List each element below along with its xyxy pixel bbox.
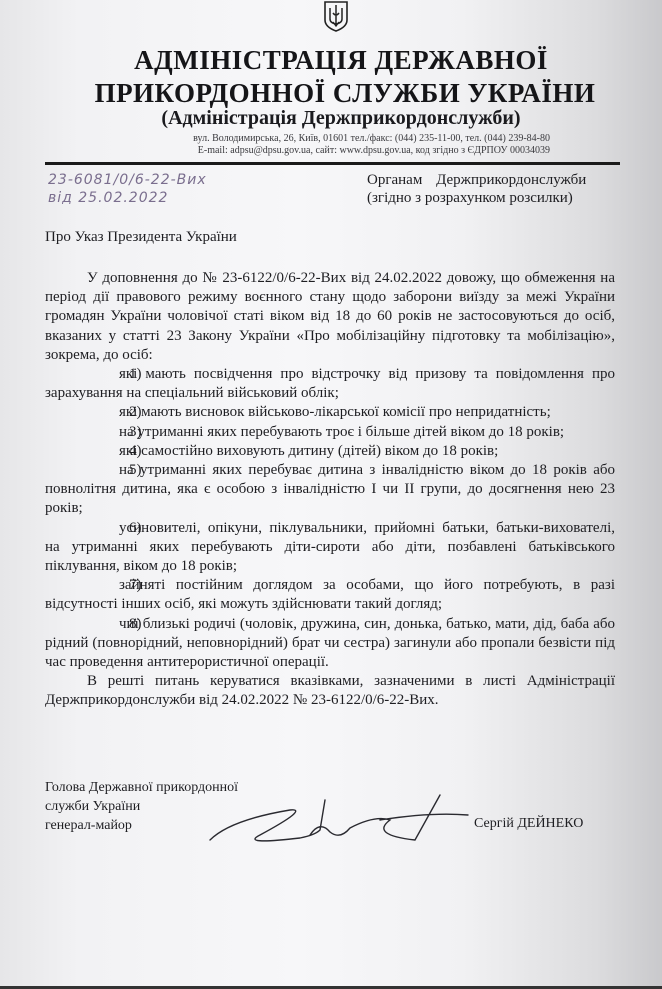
org-title-line2: ПРИКОРДОННОЇ СЛУЖБИ УКРАЇНИ — [14, 78, 662, 108]
item-text: які мають висновок військово-лікарської … — [119, 404, 551, 420]
addressee-line1: Органам Держприкордонслужби — [367, 172, 586, 189]
item-number: 7) — [87, 576, 119, 595]
document-page: АДМІНІСТРАЦІЯ ДЕРЖАВНОЇ ПРИКОРДОННОЇ СЛУ… — [0, 0, 662, 989]
list-item-8: 8)чиї близькі родичі (чоловік, дружина, … — [45, 615, 615, 673]
contact-email: E-mail: adpsu@dpsu.gov.ua, сайт: www.dps… — [170, 145, 550, 157]
list-item-1: 1)які мають посвідчення про відстрочку в… — [45, 365, 615, 403]
item-text: які самостійно виховують дитину (дітей) … — [119, 443, 498, 459]
item-number: 4) — [87, 442, 119, 461]
item-number: 2) — [87, 403, 119, 422]
header-divider — [45, 162, 620, 165]
item-text: на утриманні яких перебувають троє і біл… — [119, 424, 564, 440]
handwritten-signature-icon — [200, 790, 470, 850]
item-number: 3) — [87, 423, 119, 442]
item-number: 5) — [87, 461, 119, 480]
list-item-4: 4)які самостійно виховують дитину (дітей… — [45, 442, 615, 461]
item-number: 1) — [87, 365, 119, 384]
item-text: які мають посвідчення про відстрочку від… — [45, 366, 615, 401]
addressee-line2: (згідно з розрахунком розсилки) — [367, 190, 573, 207]
list-item-3: 3)на утриманні яких перебувають троє і б… — [45, 423, 615, 442]
body-intro: У доповнення до № 23-6122/0/6-22-Вих від… — [45, 269, 615, 365]
list-item-5: 5)на утриманні яких перебуває дитина з і… — [45, 461, 615, 519]
letter-subject: Про Указ Президента України — [45, 229, 237, 246]
list-item-2: 2)які мають висновок військово-лікарсько… — [45, 403, 615, 422]
contact-address: вул. Володимирська, 26, Київ, 01601 тел.… — [170, 133, 550, 145]
item-text: чиї близькі родичі (чоловік, дружина, си… — [45, 616, 615, 670]
trident-crest-icon — [321, 0, 351, 32]
list-item-6: 6)усиновителі, опікуни, піклувальники, п… — [45, 519, 615, 577]
signatory-name: Сергій ДЕЙНЕКО — [474, 816, 583, 832]
item-text: на утриманні яких перебуває дитина з інв… — [45, 462, 615, 516]
item-number: 6) — [87, 519, 119, 538]
org-title-line1: АДМІНІСТРАЦІЯ ДЕРЖАВНОЇ — [10, 45, 662, 75]
letter-body: У доповнення до № 23-6122/0/6-22-Вих від… — [45, 269, 615, 711]
item-number: 8) — [87, 615, 119, 634]
item-text: усиновителі, опікуни, піклувальники, при… — [45, 520, 615, 574]
org-short-name: (Адміністрація Держприкордонслужби) — [10, 107, 662, 130]
list-item-7: 7)зайняті постійним доглядом за особами,… — [45, 576, 615, 614]
body-closing: В решті питань керуватися вказівками, за… — [45, 672, 615, 710]
handwritten-reference-number: 23-6081/0/6-22-Вих — [48, 172, 207, 188]
handwritten-reference-date: від 25.02.2022 — [48, 190, 168, 206]
item-text: зайняті постійним доглядом за особами, щ… — [45, 577, 615, 612]
